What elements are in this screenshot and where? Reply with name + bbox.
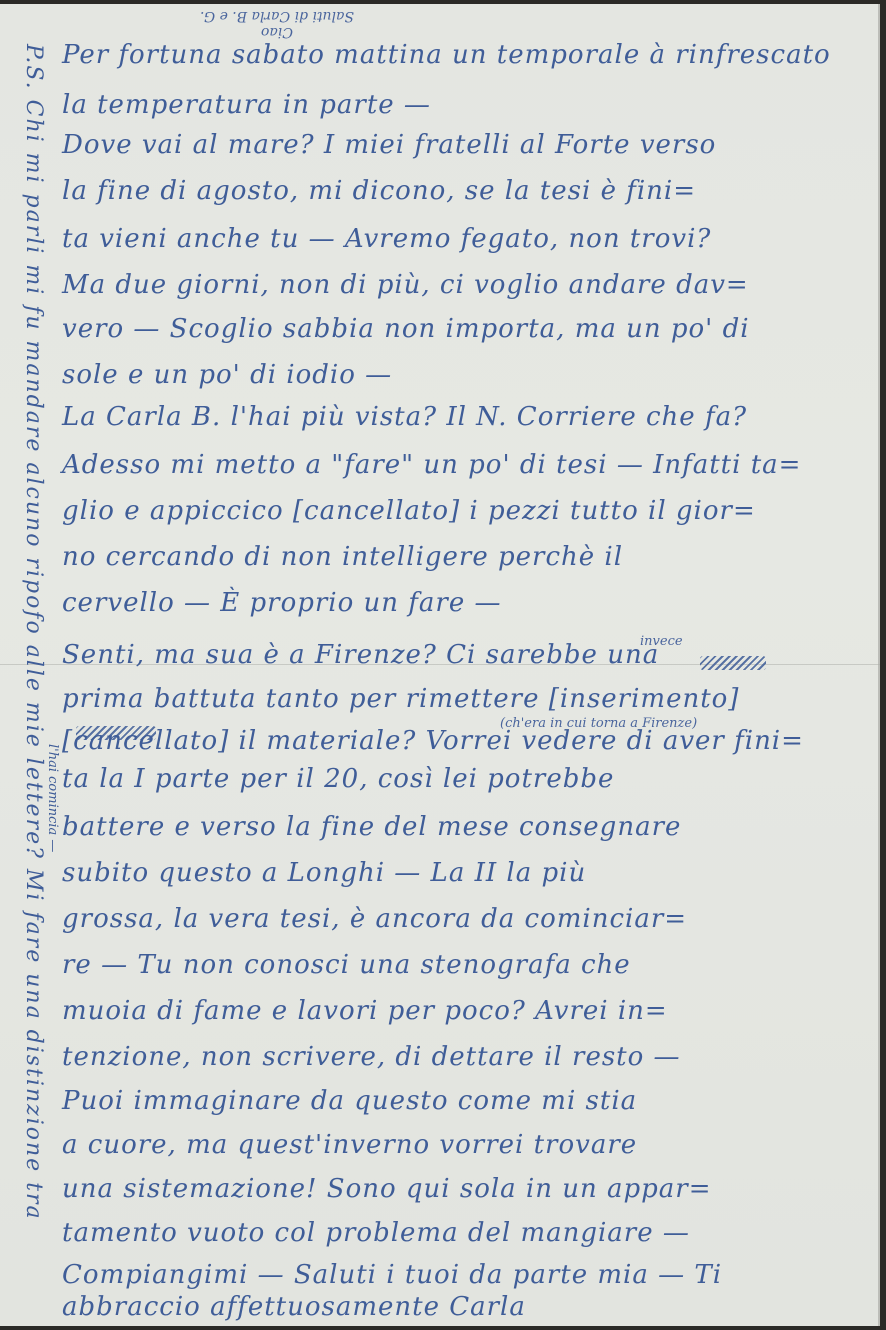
letter-line: Dove vai al mare? I miei fratelli al For… (62, 130, 716, 160)
left-margin-note-small: l'hai comincia — (45, 744, 60, 852)
letter-line: battere e verso la fine del mese consegn… (62, 812, 681, 842)
letter-line: la temperatura in parte — (62, 90, 431, 120)
crossed-out-word (700, 656, 766, 670)
letter-line: una sistemazione! Sono qui sola in un ap… (62, 1174, 712, 1204)
upside-header-line: Ciao (200, 24, 354, 40)
letter-line: no cercando di non intelligere perchè il (62, 542, 623, 572)
letter-line: grossa, la vera tesi, è ancora da cominc… (62, 904, 687, 934)
upside-down-header: Ciao Saluti di Carla B. e G. (200, 8, 354, 40)
letter-line: ta la I parte per il 20, così lei potreb… (62, 764, 614, 794)
letter-page: Ciao Saluti di Carla B. e G. P.S. Chi mi… (0, 4, 880, 1326)
letter-line: La Carla B. l'hai più vista? Il N. Corri… (62, 402, 747, 432)
paper-edge (878, 4, 880, 1326)
crossed-out-word (76, 726, 156, 740)
letter-line: cervello — È proprio un fare — (62, 588, 502, 618)
letter-line: subito questo a Longhi — La II la più (62, 858, 586, 888)
letter-line: sole e un po' di iodio — (62, 360, 392, 390)
interlinear-note: (ch'era in cui torna a Firenze) (500, 716, 697, 731)
interlinear-note: invece (640, 634, 683, 649)
letter-line: Ma due giorni, non di più, ci voglio and… (62, 270, 749, 300)
letter-line: tamento vuoto col problema del mangiare … (62, 1218, 690, 1248)
letter-line: glio e appiccico [cancellato] i pezzi tu… (62, 496, 756, 526)
letter-line: Puoi immaginare da questo come mi stia (62, 1086, 637, 1116)
letter-line: a cuore, ma quest'inverno vorrei trovare (62, 1130, 637, 1160)
upside-header-line: Saluti di Carla B. e G. (200, 8, 354, 24)
letter-line: Senti, ma sua è a Firenze? Ci sarebbe un… (62, 640, 659, 670)
letter-line: la fine di agosto, mi dicono, se la tesi… (62, 176, 696, 206)
left-margin-note: P.S. Chi mi parli mi fu mandare alcuno r… (21, 44, 46, 1221)
letter-line: muoia di fame e lavori per poco? Avrei i… (62, 996, 668, 1026)
letter-line: tenzione, non scrivere, di dettare il re… (62, 1042, 681, 1072)
letter-signoff: abbraccio affettuosamente Carla (62, 1292, 526, 1322)
letter-line: vero — Scoglio sabbia non importa, ma un… (62, 314, 750, 344)
letter-line: re — Tu non conosci una stenografa che (62, 950, 631, 980)
letter-line: Compiangimi — Saluti i tuoi da parte mia… (62, 1260, 722, 1290)
letter-line: prima battuta tanto per rimettere [inser… (62, 684, 739, 714)
letter-line: ta vieni anche tu — Avremo fegato, non t… (62, 224, 711, 254)
letter-line: Per fortuna sabato mattina un temporale … (62, 40, 831, 70)
letter-line: Adesso mi metto a "fare" un po' di tesi … (62, 450, 801, 480)
